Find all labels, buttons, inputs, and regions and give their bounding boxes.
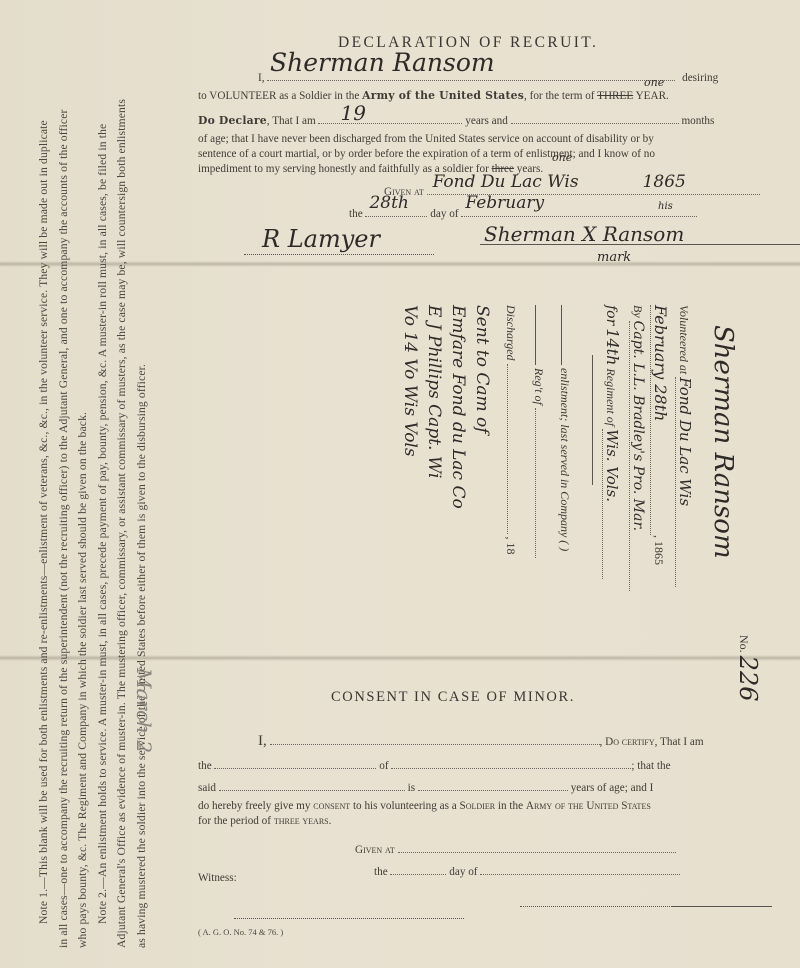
day-of-label: day of (430, 208, 458, 220)
note-line: Adjutant General's Office as evidence of… (112, 8, 132, 948)
desiring-label: desiring (682, 72, 718, 84)
minor-age-field (418, 778, 568, 791)
regt-of-field (535, 408, 536, 558)
declaration-line-4: of age; that I have never been discharge… (198, 133, 654, 145)
three-years: three years. (274, 815, 332, 827)
regiment-number: 14th (603, 328, 622, 365)
record-number: 226 (734, 656, 762, 702)
by-label: By (631, 305, 645, 318)
service-handwritten: one (552, 151, 572, 164)
regiment-prefix: for (603, 305, 619, 325)
regt-of-label: Reg't of (532, 368, 546, 405)
consent-line-4: do hereby freely give my consent to his … (198, 800, 651, 812)
record-number-row: No. 226 (734, 635, 762, 701)
consent-day-of-label: day of (449, 866, 477, 878)
age-line: Do Declare, That I am 19 years and month… (198, 111, 714, 127)
consent-word: consent (313, 800, 350, 812)
soldier-word: Soldier (460, 800, 496, 812)
age-years-field: 19 (318, 111, 462, 124)
witness-signature-line (244, 254, 434, 255)
parent-signature-line (672, 906, 772, 907)
that-the: ; that the (631, 760, 670, 772)
consent-text: in the (495, 800, 526, 812)
consent-day-field (390, 862, 446, 875)
record-name: Sherman Ransom (708, 325, 738, 559)
consent-text: for the period of (198, 815, 274, 827)
consent-line-2: the of ; that the (198, 756, 671, 772)
do-declare: Do Declare (198, 114, 267, 127)
age-months-field (511, 111, 679, 124)
age-years-value: 19 (340, 101, 365, 125)
that-i-am: , That I am (655, 736, 704, 748)
record-note-line: Vo 14 Vo Wis Vols (400, 305, 420, 457)
volunteered-year: 1865 (652, 541, 666, 565)
consent-the-label: the (198, 760, 212, 772)
regiment-state: Wis. Vols. (602, 429, 621, 579)
said-field (219, 778, 405, 791)
consent-day-row: the day of (374, 862, 680, 878)
record-note-line: E J Phillips Capt. Wi (424, 305, 444, 478)
consent-line-1: I, , Do certify, That I am (258, 732, 704, 750)
volunteered-date-value: February 28th (650, 305, 670, 535)
day-row: the 28th day of February (349, 204, 697, 220)
month-value: February (465, 193, 544, 213)
consent-line-3: said is years of age; and I (198, 778, 653, 794)
term-struck: THREE (597, 90, 633, 102)
is-label: is (408, 782, 415, 794)
note-line: Note 1.—This blank will be used for both… (34, 8, 54, 948)
discharged-label: Discharged (504, 305, 518, 361)
consent-of-label: of (379, 760, 388, 772)
volunteer-line: to VOLUNTEER as a Soldier in the Army of… (198, 89, 669, 102)
ago-reference: ( A. G. O. No. 74 & 76. ) (198, 927, 283, 937)
his-label: his (658, 201, 673, 212)
volunteered-at-row: Volunteered at Fond Du Lac Wis (675, 305, 694, 587)
consent-text: to his volunteering as a (350, 800, 459, 812)
day-field: 28th (365, 204, 427, 217)
day-value: 28th (369, 193, 408, 213)
discharged-field (507, 364, 508, 534)
note-line: in all cases—one to accompany the recrui… (54, 8, 74, 948)
enlistment-blank (561, 305, 562, 365)
endorsement-record: No. 226 Sherman Ransom Volunteered at Fo… (260, 305, 780, 625)
term-handwritten: one (644, 76, 664, 89)
witness-label: Witness: (198, 872, 237, 884)
term-suffix: YEAR. (636, 90, 669, 102)
recruit-mark-signature: Sherman X Ransom (484, 222, 684, 246)
army-text: Army of the United States (362, 89, 524, 102)
consent-given-field (398, 840, 676, 853)
consent-name-field (270, 732, 600, 745)
record-note-line: Sent to Cam of (472, 305, 492, 434)
consent-month-field (480, 862, 680, 875)
volunteer-text: to VOLUNTEER as a Soldier in the (198, 90, 362, 102)
regiment-row: for 14th Regiment of Wis. Vols. (602, 305, 622, 579)
volunteered-at-value: Fond Du Lac Wis (675, 377, 694, 587)
consent-i-label: I, (258, 733, 267, 749)
discharged-row: Discharged , 18 (503, 305, 518, 555)
consent-given-label: Given at (355, 844, 395, 856)
given-at-row: Given at Fond Du Lac Wis 1865 (384, 182, 760, 198)
consent-witness-line (234, 918, 464, 919)
recruit-name-handwritten: Sherman Ransom (270, 48, 495, 77)
months-label: months (681, 115, 714, 127)
that-i-am: , That I am (267, 115, 316, 127)
record-no-label: No. (737, 635, 751, 653)
witness-signature: R Lamyer (262, 225, 380, 253)
regiment-of-label: Regiment of (604, 368, 618, 426)
minor-name-field (391, 756, 631, 769)
instruction-notes: Note 1.—This blank will be used for both… (34, 8, 152, 948)
volunteered-at-label: Volunteered at (677, 305, 691, 374)
consent-the2-label: the (374, 866, 388, 878)
parent-signature-line-dotted (520, 906, 672, 907)
mark-label: mark (597, 250, 631, 265)
volunteered-date-row: February 28th, 1865 (650, 305, 670, 565)
record-divider (592, 355, 594, 485)
regt-blank (535, 305, 536, 365)
years-and-label: years and (465, 115, 508, 127)
note-line: who pays bounty, &c. The Regiment and Co… (73, 8, 93, 948)
note-line: Note 2.—An enlistment holds to service. … (93, 8, 113, 948)
consent-line-5: for the period of three years. (198, 815, 331, 827)
recruit-signature-line (480, 244, 800, 245)
record-note-line: Emfare Fond du Lac Co (448, 305, 468, 509)
relation-field (214, 756, 376, 769)
given-year-value: 1865 (643, 172, 686, 192)
document-page: Note 1.—This blank will be used for both… (0, 0, 800, 968)
consent-title: CONSENT IN CASE OF MINOR. (331, 689, 575, 706)
i-prefix: I, (258, 72, 265, 84)
term-text: , for the term of (524, 90, 597, 102)
enlistment-label: enlistment; last served in Company ( ) (558, 368, 572, 551)
by-officer-value: Capt. L.L. Bradley's Pro. Mar. (629, 321, 646, 591)
army-words: Army of the United States (526, 800, 651, 812)
by-officer-row: By Capt. L.L. Bradley's Pro. Mar. (629, 305, 646, 591)
declaration-line-5: sentence of a court martial, or by order… (198, 148, 655, 160)
do-certify: Do certify (605, 736, 655, 748)
enlistment-row: enlistment; last served in Company ( ) (557, 305, 572, 551)
years-of-age-label: years of age; and I (571, 782, 654, 794)
note-line: as having mustered the soldier into the … (132, 8, 152, 948)
regt-of-row: Reg't of (531, 305, 546, 558)
the-label: the (349, 208, 363, 220)
given-place-value: Fond Du Lac Wis (433, 172, 579, 192)
said-label: said (198, 782, 216, 794)
consent-given-row: Given at (355, 840, 676, 856)
discharged-year: , 18 (504, 537, 518, 555)
consent-text: do hereby freely give my (198, 800, 313, 812)
margin-handwriting: March 2 (132, 668, 156, 753)
